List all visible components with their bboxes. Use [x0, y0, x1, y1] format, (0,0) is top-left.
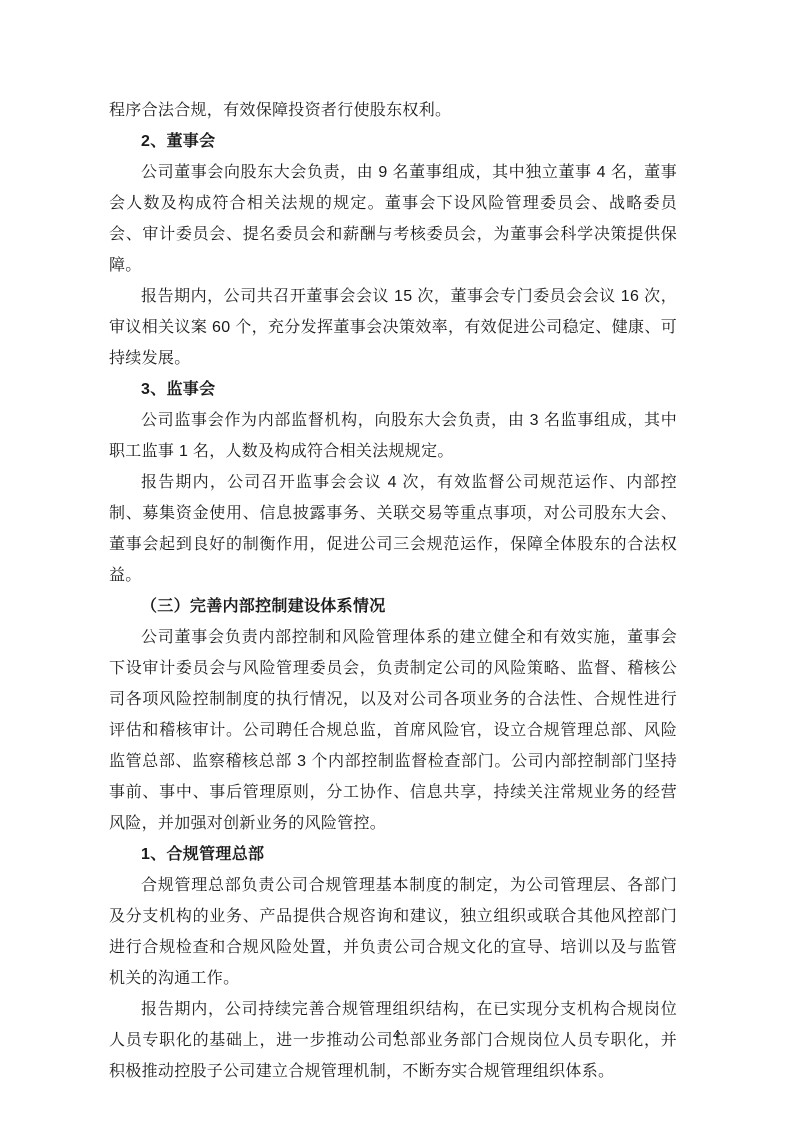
document-page: 程序合法合规，有效保障投资者行使股东权利。 2、董事会 公司董事会向股东大会负责…: [0, 0, 793, 1122]
body-paragraph: 公司董事会向股东大会负责，由 9 名董事组成，其中独立董事 4 名，董事会人数及…: [109, 157, 677, 281]
section-heading-board: 2、董事会: [109, 126, 677, 157]
section-heading-compliance: 1、合规管理总部: [109, 839, 677, 870]
body-paragraph: 公司董事会负责内部控制和风险管理体系的建立健全和有效实施，董事会下设审计委员会与…: [109, 622, 677, 839]
body-paragraph: 公司监事会作为内部监督机构，向股东大会负责，由 3 名监事组成，其中职工监事 1…: [109, 405, 677, 467]
page-number: 4: [0, 1026, 793, 1044]
section-heading-supervisors: 3、监事会: [109, 374, 677, 405]
body-paragraph: 报告期内，公司共召开董事会会议 15 次，董事会专门委员会会议 16 次，审议相…: [109, 281, 677, 374]
body-paragraph-continuation: 程序合法合规，有效保障投资者行使股东权利。: [109, 95, 677, 126]
body-paragraph: 合规管理总部负责公司合规管理基本制度的制定，为公司管理层、各部门及分支机构的业务…: [109, 870, 677, 994]
document-body: 程序合法合规，有效保障投资者行使股东权利。 2、董事会 公司董事会向股东大会负责…: [109, 95, 677, 1087]
section-heading-internal-control: （三）完善内部控制建设体系情况: [109, 591, 677, 622]
body-paragraph: 报告期内，公司召开监事会会议 4 次，有效监督公司规范运作、内部控制、募集资金使…: [109, 467, 677, 591]
